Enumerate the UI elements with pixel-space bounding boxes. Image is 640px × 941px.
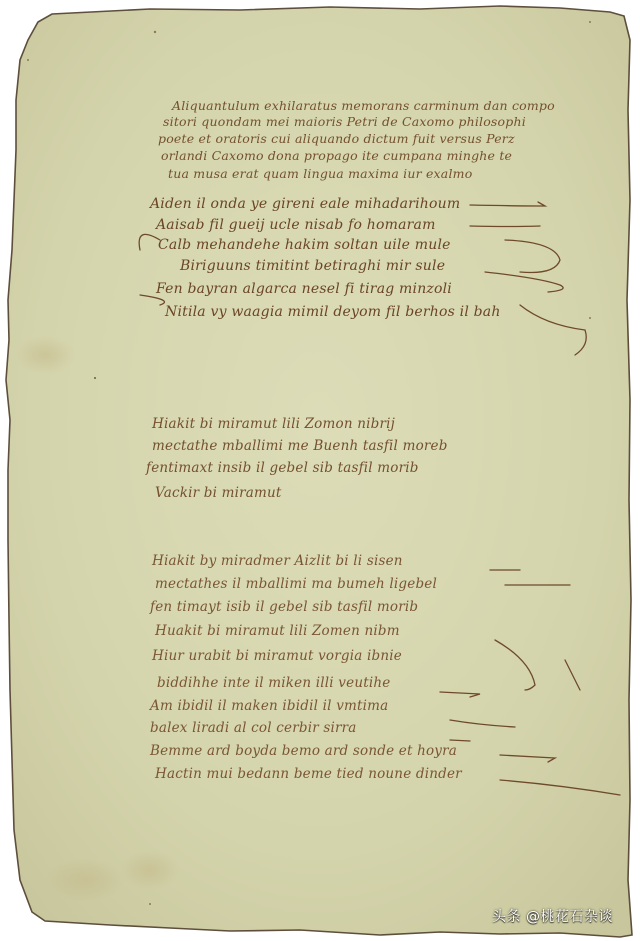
verse-line: fen timayt isib il gebel sib tasfil mori… bbox=[150, 601, 418, 615]
preface-line: Aliquantulum exhilaratus memorans carmin… bbox=[172, 100, 555, 113]
verse-line: Fen bayran algarca nesel fi tirag minzol… bbox=[156, 282, 452, 296]
verse-line: Huakit bi miramut lili Zomen nibm bbox=[155, 625, 400, 639]
preface-line: sitori quondam mei maioris Petri de Caxo… bbox=[163, 116, 526, 129]
verse-line: Hiakit by miradmer Aizlit bi li sisen bbox=[152, 555, 403, 569]
verse-line: Nitila vy waagia mimil deyom fil berhos … bbox=[165, 305, 501, 319]
verse-line: Biriguuns timitint betiraghi mir sule bbox=[180, 259, 445, 273]
verse-line: Vackir bi miramut bbox=[155, 487, 282, 501]
preface-line: tua musa erat quam lingua maxima iur exa… bbox=[168, 168, 472, 181]
verse-line: Hiakit bi miramut lili Zomon nibrij bbox=[152, 418, 395, 432]
verse-line: Aiden il onda ye gireni eale mihadarihou… bbox=[150, 197, 460, 211]
preface-line: poete et oratoris cui aliquando dictum f… bbox=[158, 133, 515, 146]
verse-line: mectathe mballimi me Buenh tasfil moreb bbox=[152, 440, 448, 454]
verse-line: mectathes il mballimi ma bumeh ligebel bbox=[155, 578, 437, 592]
verse-line: Hiur urabit bi miramut vorgia ibnie bbox=[152, 650, 402, 664]
source-watermark: 头条 @桃花石杂谈 bbox=[492, 906, 613, 926]
verse-line: fentimaxt insib il gebel sib tasfil mori… bbox=[146, 462, 419, 476]
verse-line: Hactin mui bedann beme tied noune dinder bbox=[155, 768, 462, 782]
verse-line: biddihhe inte il miken illi veutihe bbox=[157, 677, 390, 691]
preface-line: orlandi Caxomo dona propago ite cumpana … bbox=[161, 150, 512, 163]
verse-line: Am ibidil il maken ibidil il vmtima bbox=[150, 700, 388, 714]
verse-line: Bemme ard boyda bemo ard sonde et hoyra bbox=[150, 745, 457, 759]
verse-line: balex liradi al col cerbir sirra bbox=[150, 722, 357, 736]
manuscript-photo: Aliquantulum exhilaratus memorans carmin… bbox=[0, 0, 640, 941]
verse-line: Aaisab fil gueij ucle nisab fo homaram bbox=[156, 218, 436, 232]
verse-line: Calb mehandehe hakim soltan uile mule bbox=[158, 238, 451, 252]
